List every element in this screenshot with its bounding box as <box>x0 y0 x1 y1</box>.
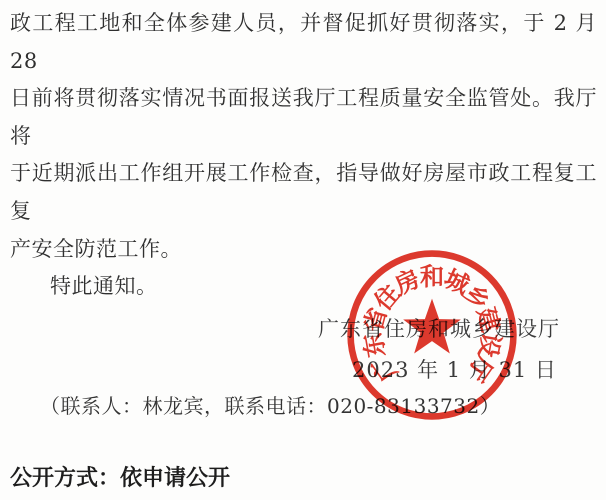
body-line-1: 政工程工地和全体参建人员，并督促抓好贯彻落实，于 2 月 28 <box>10 5 597 80</box>
official-seal: 广东省住房和城乡建设厅 <box>343 246 521 424</box>
body-line-2: 日前将贯彻落实情况书面报送我厅工程质量安全监管处。我厅将 <box>10 80 597 155</box>
disclosure-line: 公开方式：依申请公开 <box>10 461 230 492</box>
document-page: 政工程工地和全体参建人员，并督促抓好贯彻落实，于 2 月 28 日前将贯彻落实情… <box>0 0 606 500</box>
body-line-3: 于近期派出工作组开展工作检查，指导做好房屋市政工程复工复 <box>10 155 597 230</box>
seal-star-icon <box>403 299 461 354</box>
